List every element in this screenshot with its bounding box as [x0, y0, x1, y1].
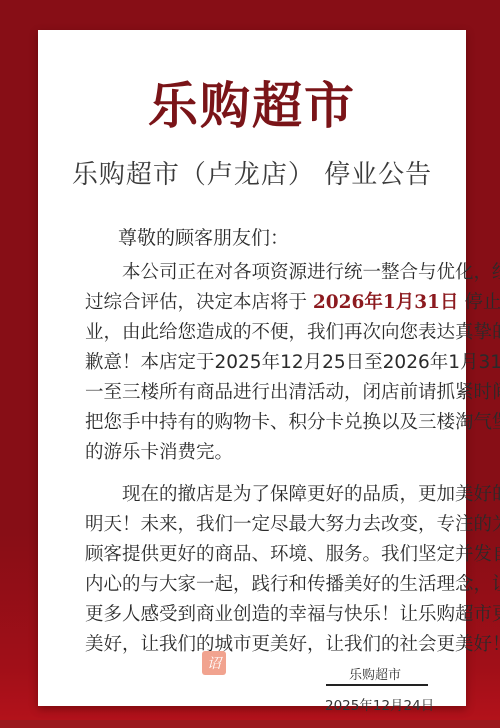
paragraph-closure: 本公司正在对各项资源进行统一整合与优化，经 过综合评估，决定本店将于 2026年… — [85, 258, 457, 468]
closing-date-highlight: 2026年1月31日 — [313, 292, 459, 313]
text-line: 业，由此给您造成的不便，我们再次向您表达真挚的 — [85, 318, 457, 348]
text-line: 明天！未来，我们一定尽最大努力去改变，专注的为 — [85, 510, 457, 540]
watermark-logo-icon: 诏 — [202, 651, 226, 675]
text-segment: 过综合评估，决定本店将于 — [85, 292, 307, 313]
notice-subtitle: 乐购超市（卢龙店） 停业公告 — [38, 158, 466, 192]
text-line: 内心的与大家一起，践行和传播美好的生活理念，让 — [85, 570, 457, 600]
text-line-with-date: 过综合评估，决定本店将于 2026年1月31日 停止营 — [85, 288, 457, 318]
text-line: 美好，让我们的城市更美好，让我们的社会更美好！ — [85, 630, 457, 660]
text-line: 的游乐卡消费完。 — [85, 438, 457, 468]
text-line: 本公司正在对各项资源进行统一整合与优化，经 — [85, 258, 457, 288]
background-bottom-strip — [0, 720, 500, 728]
text-line: 顾客提供更好的商品、环境、服务。我们坚定并发自 — [85, 540, 457, 570]
text-line: 一至三楼所有商品进行出清活动，闭店前请抓紧时间 — [85, 378, 457, 408]
text-line: 歉意！本店定于2025年12月25日至2026年1月31日 — [85, 348, 457, 378]
brand-title: 乐购超市 — [38, 76, 466, 136]
text-line: 把您手中持有的购物卡、积分卡兑换以及三楼淘气堡 — [85, 408, 457, 438]
notice-card: 乐购超市 乐购超市（卢龙店） 停业公告 尊敬的顾客朋友们： 本公司正在对各项资源… — [38, 30, 466, 706]
text-segment: 停止营 — [464, 292, 500, 313]
signature-date: 2025年12月24日 — [325, 694, 434, 714]
paragraph-future: 现在的撤店是为了保障更好的品质，更加美好的 明天！未来，我们一定尽最大努力去改变… — [85, 480, 457, 660]
signature-divider — [326, 684, 428, 686]
text-line: 更多人感受到商业创造的幸福与快乐！让乐购超市更 — [85, 600, 457, 630]
text-line: 现在的撤店是为了保障更好的品质，更加美好的 — [85, 480, 457, 510]
signature-name: 乐购超市 — [349, 664, 401, 683]
greeting: 尊敬的顾客朋友们： — [118, 223, 490, 253]
